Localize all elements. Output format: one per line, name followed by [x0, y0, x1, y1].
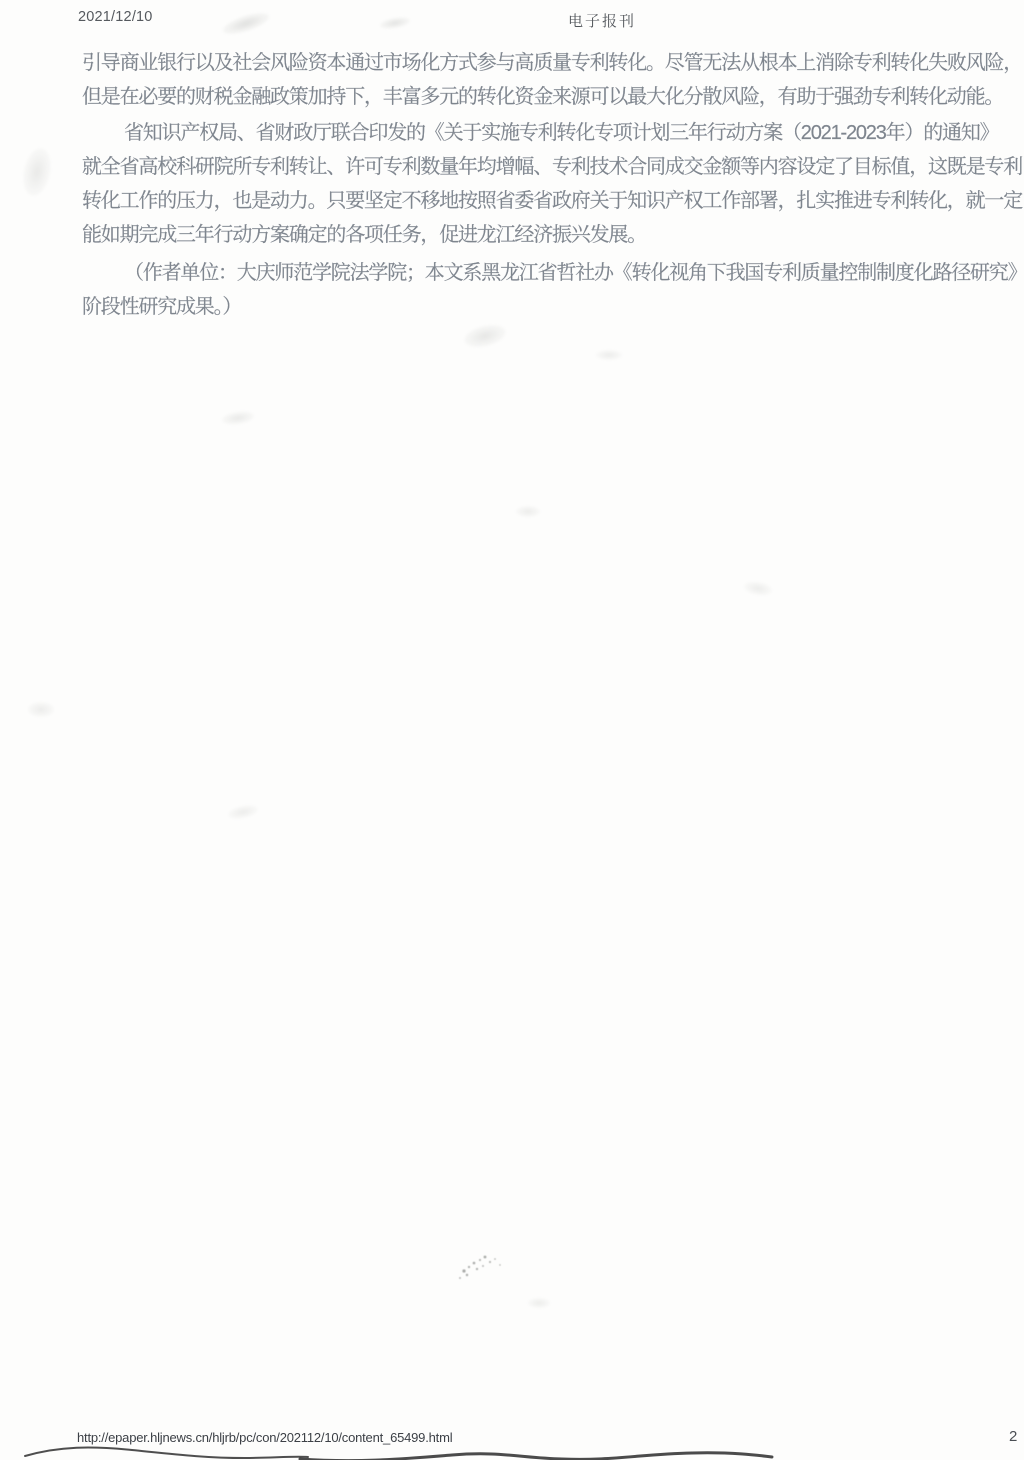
- article-body: 引导商业银行以及社会风险资本通过市场化方式参与高质量专利转化。尽管无法从根本上消…: [82, 46, 1024, 324]
- scan-smudge: [528, 1298, 550, 1308]
- article-line: 省知识产权局、省财政厅联合印发的《关于实施专利转化专项计划三年行动方案（2021…: [82, 116, 1024, 150]
- scanned-epaper-page: { "header": { "date": "2021/12/10", "tit…: [0, 0, 1024, 1460]
- scan-smudge: [596, 350, 622, 360]
- scan-smudge: [221, 410, 254, 426]
- print-header-site-title: 电子报刊: [568, 10, 636, 31]
- scan-smudge: [19, 146, 54, 198]
- print-footer-url: http://epaper.hljnews.cn/hljrb/pc/con/20…: [77, 1430, 452, 1445]
- print-header-date: 2021/12/10: [78, 9, 153, 25]
- article-line: 转化工作的压力，也是动力。只要坚定不移地按照省委省政府关于知识产权工作部署，扎实…: [82, 184, 1024, 218]
- scan-smudge: [462, 321, 508, 351]
- article-line: 引导商业银行以及社会风险资本通过市场化方式参与高质量专利转化。尽管无法从根本上消…: [82, 46, 1024, 80]
- paragraph: 引导商业银行以及社会风险资本通过市场化方式参与高质量专利转化。尽管无法从根本上消…: [82, 46, 1024, 114]
- article-line: 就全省高校科研院所专利转让、许可专利数量年均增幅、专利技术合同成交金额等内容设定…: [82, 150, 1024, 184]
- scan-smudge: [28, 702, 54, 717]
- scan-speckle-cluster: [450, 1245, 520, 1290]
- article-line: 但是在必要的财税金融政策加持下，丰富多元的转化资金来源可以最大化分散风险，有助于…: [82, 80, 1024, 114]
- paragraph: 省知识产权局、省财政厅联合印发的《关于实施专利转化专项计划三年行动方案（2021…: [82, 116, 1024, 252]
- scan-smudge: [221, 9, 271, 38]
- scan-smudge: [379, 15, 410, 30]
- print-footer-page-number: 2: [1009, 1428, 1017, 1445]
- scan-smudge: [227, 803, 259, 821]
- scan-smudge: [516, 506, 540, 517]
- article-line: 阶段性研究成果。）: [82, 290, 1024, 324]
- article-line: （作者单位：大庆师范学院法学院；本文系黑龙江省哲社办《转化视角下我国专利质量控制…: [82, 256, 1024, 290]
- scan-smudge: [743, 580, 773, 598]
- article-line: 能如期完成三年行动方案确定的各项任务，促进龙江经济振兴发展。: [82, 218, 1024, 252]
- paragraph: （作者单位：大庆师范学院法学院；本文系黑龙江省哲社办《转化视角下我国专利质量控制…: [82, 256, 1024, 324]
